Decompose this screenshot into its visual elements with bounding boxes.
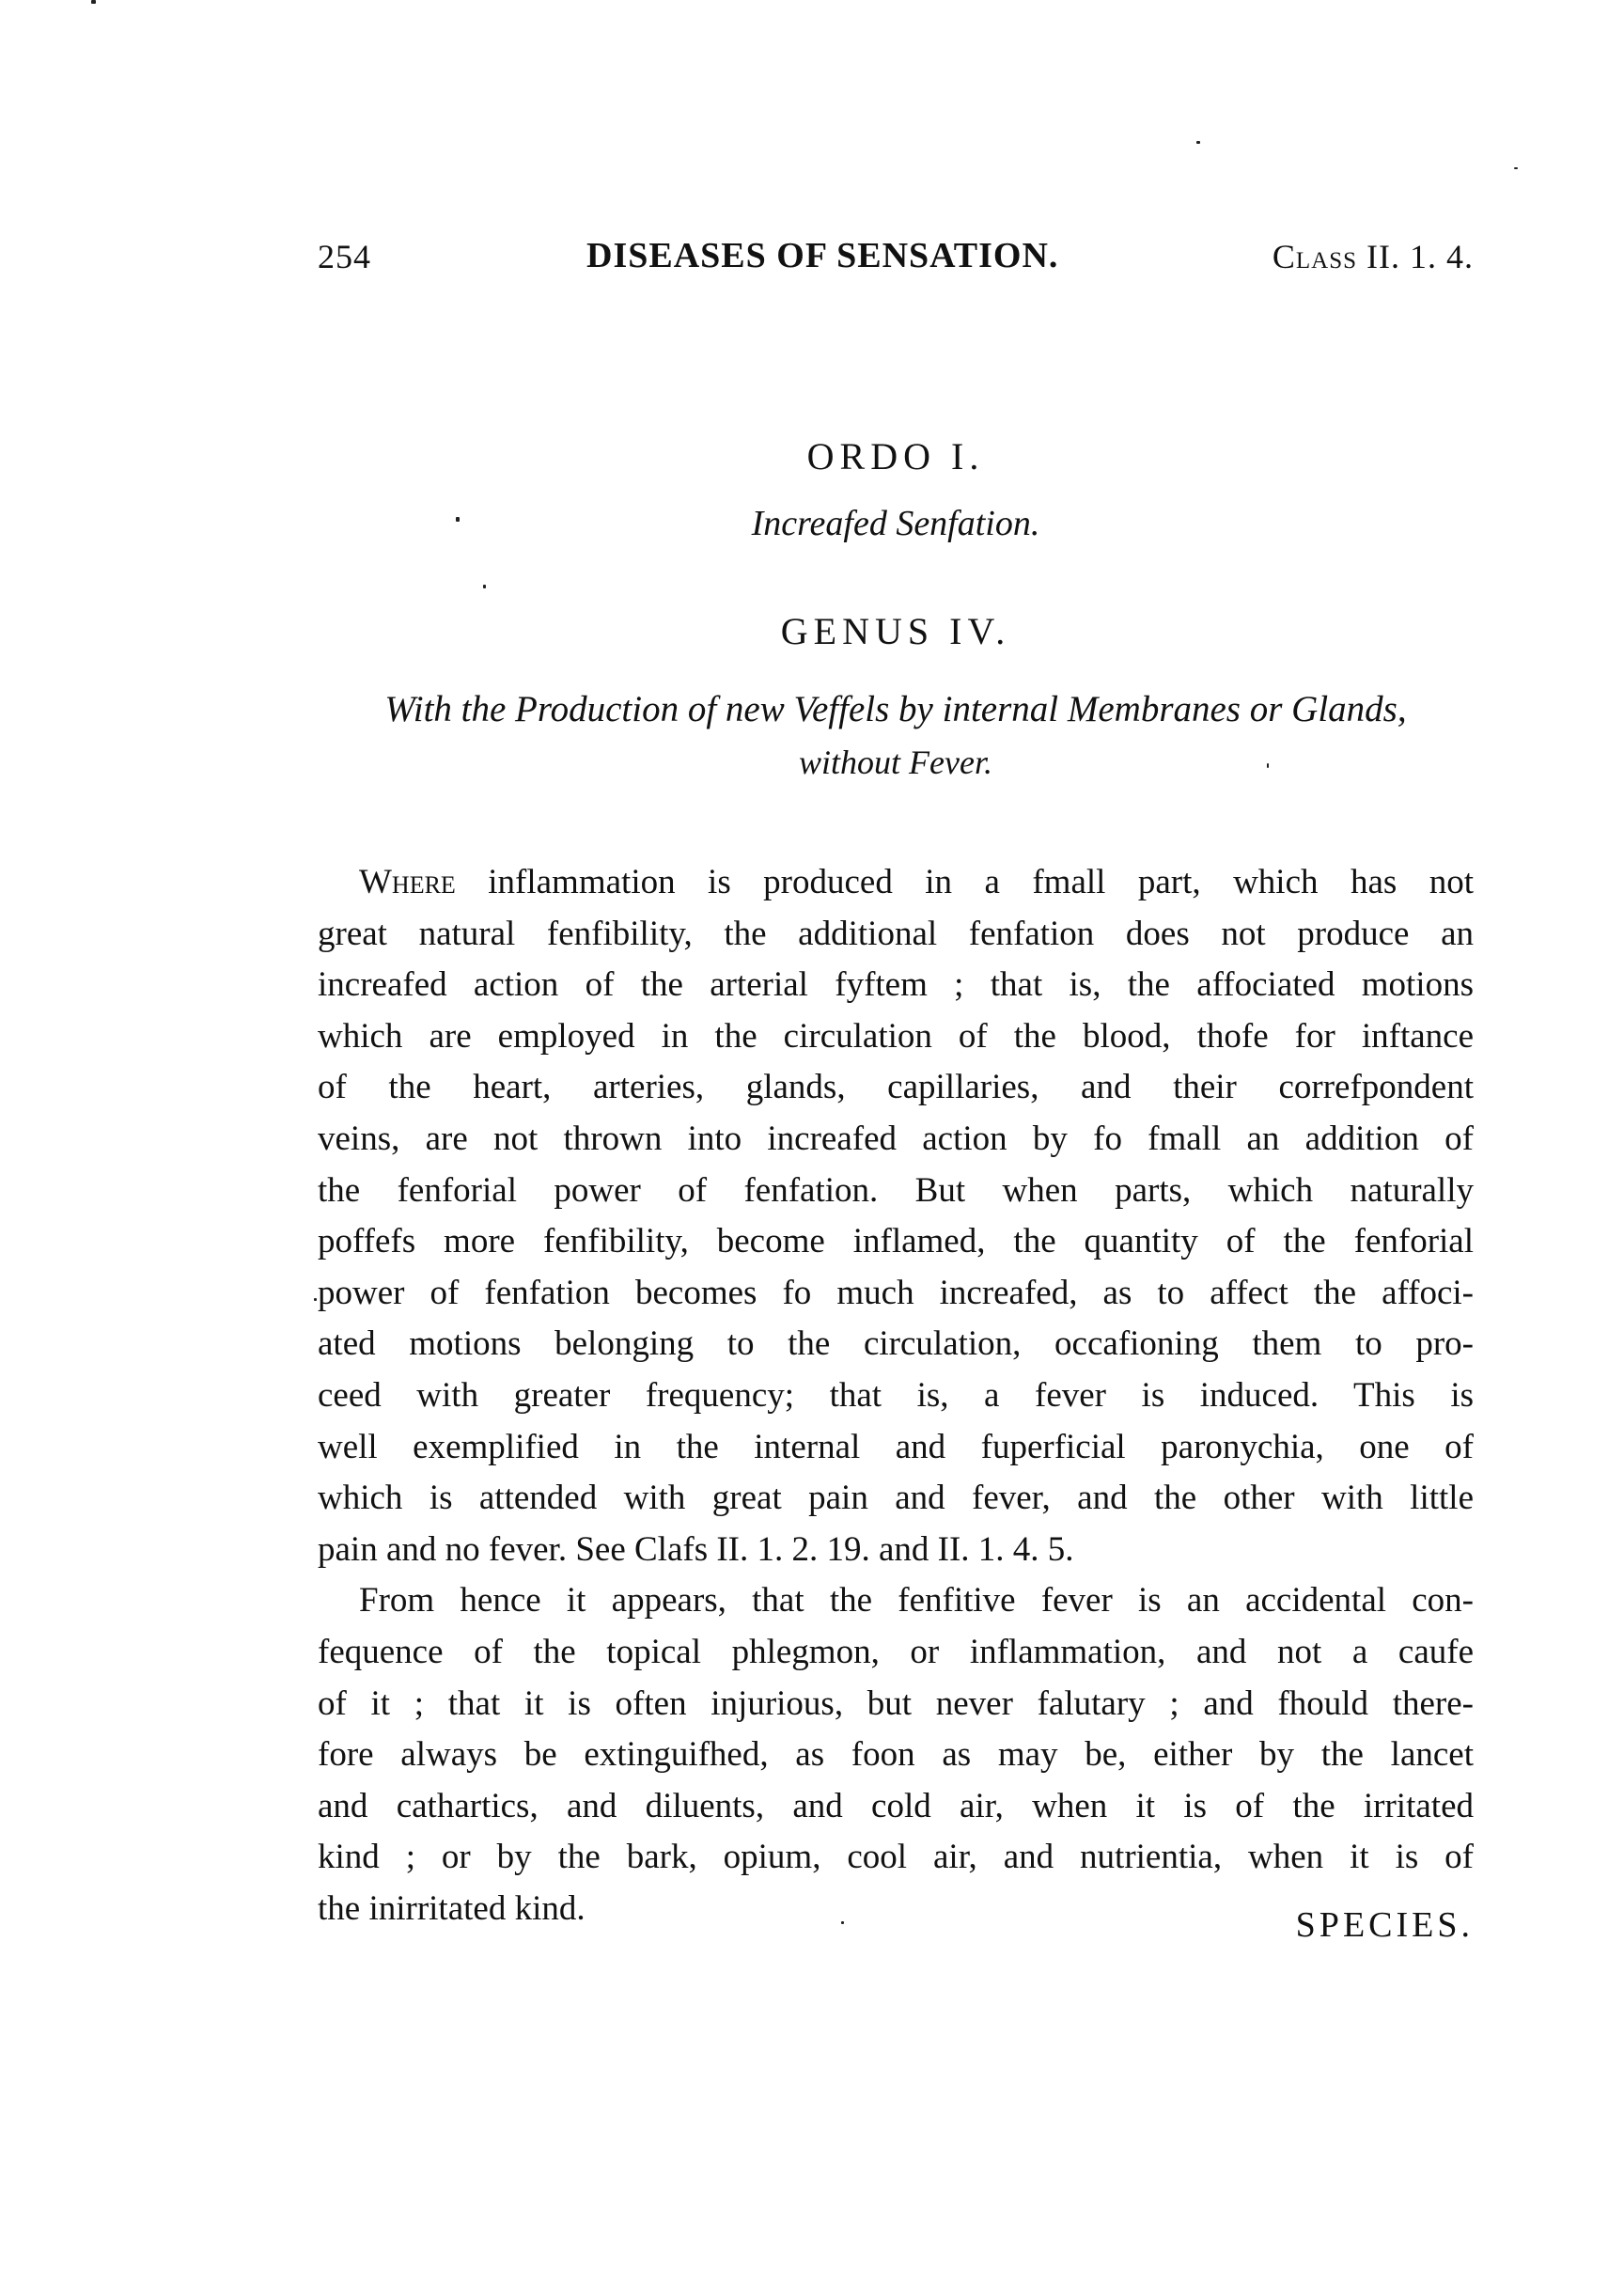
ordo-subtitle: Increafed Senfation. (318, 503, 1474, 544)
text-line: which is attended with great pain and fe… (318, 1473, 1474, 1525)
text-line: poffefs more fenfibility, become inflame… (318, 1216, 1474, 1268)
genus-heading: GENUS IV. (318, 609, 1474, 653)
text-line: great natural fenfibility, the additiona… (318, 909, 1474, 961)
text-line: ated motions belonging to the circulatio… (318, 1319, 1474, 1370)
body-text: Where inflammation is produced in a fmal… (318, 857, 1474, 1934)
text-line: fequence of the topical phlegmon, or inf… (318, 1627, 1474, 1679)
text-line: ceed with greater frequency; that is, a … (318, 1370, 1474, 1422)
paragraph-2: From hence it appears, that the fenfitiv… (318, 1575, 1474, 1934)
section-title: DISEASES OF SENSATION. (586, 235, 1058, 276)
text-line: well exemplified in the internal and fup… (318, 1422, 1474, 1474)
text-line: pain and no fever. See Clafs II. 1. 2. 1… (318, 1525, 1474, 1576)
text-line: increafed action of the arterial fyftem … (318, 960, 1474, 1011)
book-page: 254 DISEASES OF SENSATION. Class II. 1. … (0, 0, 1624, 2286)
genus-description: With the Production of new Veffels by in… (318, 688, 1474, 730)
text-line: which are employed in the circulation of… (318, 1011, 1474, 1063)
scan-speck (314, 1298, 317, 1301)
text-line: From hence it appears, that the fenfitiv… (318, 1575, 1474, 1627)
text-line: of it ; that it is often injurious, but … (318, 1679, 1474, 1730)
paragraph-1: Where inflammation is produced in a fmal… (318, 857, 1474, 1575)
text-line: kind ; or by the bark, opium, cool air, … (318, 1832, 1474, 1884)
text-line: veins, are not thrown into increafed act… (318, 1114, 1474, 1166)
scan-speck (1196, 141, 1200, 144)
class-reference: Class II. 1. 4. (1273, 237, 1474, 276)
lead-word: Where (359, 863, 456, 901)
text-line: power of fenfation becomes fo much incre… (318, 1268, 1474, 1320)
running-head: 254 DISEASES OF SENSATION. Class II. 1. … (318, 235, 1474, 282)
text-line: fore always be extinguifhed, as foon as … (318, 1730, 1474, 1781)
text-line: and cathartics, and diluents, and cold a… (318, 1781, 1474, 1833)
text-line: of the heart, arteries, glands, capillar… (318, 1062, 1474, 1114)
text-line: the fenforial power of fenfation. But wh… (318, 1166, 1474, 1217)
scan-speck (483, 585, 486, 588)
genus-description-continued: without Fever. (318, 743, 1474, 782)
ordo-heading: ORDO I. (318, 434, 1474, 478)
scan-speck (1514, 167, 1518, 169)
text-line: Where inflammation is produced in a fmal… (318, 857, 1474, 909)
page-number: 254 (318, 237, 371, 276)
scan-speck (91, 0, 96, 4)
catchword: SPECIES. (1296, 1904, 1474, 1946)
